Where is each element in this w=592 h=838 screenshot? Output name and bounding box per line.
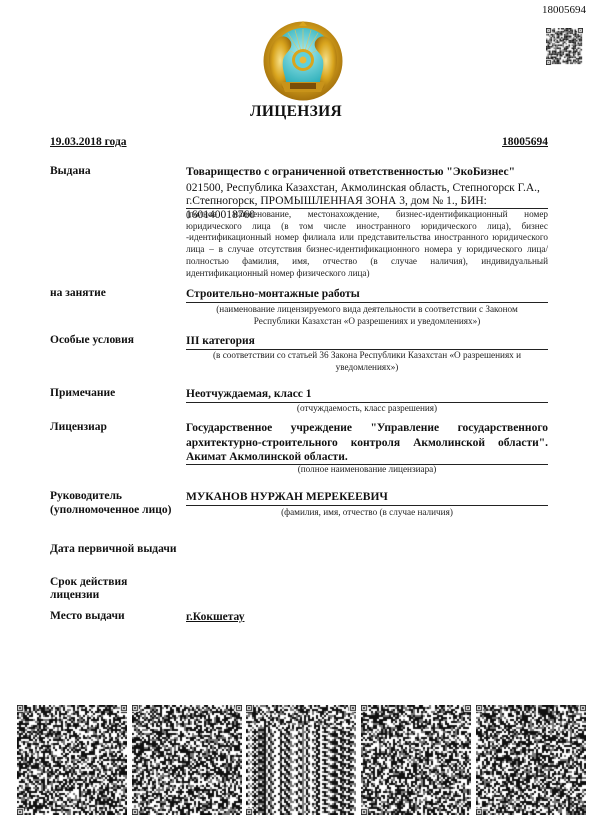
qr-code-icon bbox=[246, 705, 356, 815]
divider bbox=[186, 505, 548, 506]
special-conditions-hint-line2: уведомлениях») bbox=[186, 362, 548, 374]
activity-hint-line2: Республики Казахстан «О разрешениях и ув… bbox=[186, 316, 548, 328]
licensee-address-line1: 021500, Республика Казахстан, Акмолинска… bbox=[186, 181, 548, 195]
corner-license-number: 18005694 bbox=[542, 4, 586, 16]
place-of-issue-value: г.Кокшетау bbox=[186, 610, 244, 624]
qr-code-icon bbox=[546, 28, 583, 65]
place-of-issue-label: Место выдачи bbox=[50, 610, 125, 624]
special-conditions-hint-line1: (в соответствии со статьей 36 Закона Рес… bbox=[186, 350, 548, 362]
licensee-name: Товарищество с ограниченной ответственно… bbox=[186, 165, 548, 179]
issue-date: 19.03.2018 года bbox=[50, 136, 127, 148]
document-title: ЛИЦЕНЗИЯ bbox=[0, 103, 592, 121]
head-hint: (фамилия, имя, отчество (в случае наличи… bbox=[186, 507, 548, 519]
activity-hint-line1: (наименование лицензируемого вида деятел… bbox=[186, 304, 548, 316]
special-conditions-label: Особые условия bbox=[50, 334, 134, 348]
qr-code-icon bbox=[17, 705, 127, 815]
state-emblem-icon bbox=[263, 20, 343, 102]
activity-label: на занятие bbox=[50, 287, 106, 301]
activity-value: Строительно-монтажные работы bbox=[186, 287, 548, 301]
qr-code-icon bbox=[476, 705, 586, 815]
first-issue-date-label: Дата первичной выдачи bbox=[50, 543, 177, 557]
validity-label-line1: Срок действия bbox=[50, 576, 127, 590]
note-label: Примечание bbox=[50, 387, 115, 401]
qr-code-icon bbox=[361, 705, 471, 815]
qr-code-icon bbox=[132, 705, 242, 815]
head-name: МУКАНОВ НУРЖАН МЕРЕКЕЕВИЧ bbox=[186, 490, 548, 504]
validity-label-line2: лицензии bbox=[50, 589, 99, 603]
special-conditions-value: III категория bbox=[186, 334, 548, 348]
divider bbox=[186, 302, 548, 303]
issued-to-label: Выдана bbox=[50, 165, 91, 179]
licensor-label: Лицензиар bbox=[50, 421, 107, 435]
head-label-line2: (уполномоченное лицо) bbox=[50, 504, 171, 518]
note-value: Неотчуждаемая, класс 1 bbox=[186, 387, 548, 401]
licensor-value: Государственное учреждение "Управление г… bbox=[186, 421, 548, 465]
licensor-hint: (полное наименование лицензиара) bbox=[186, 464, 548, 476]
note-hint: (отчуждаемость, класс разрешения) bbox=[186, 403, 548, 415]
license-number: 18005694 bbox=[502, 136, 548, 148]
head-label-line1: Руководитель bbox=[50, 490, 122, 504]
licensee-hint: (полное наименование, местонахождение, б… bbox=[186, 209, 548, 279]
